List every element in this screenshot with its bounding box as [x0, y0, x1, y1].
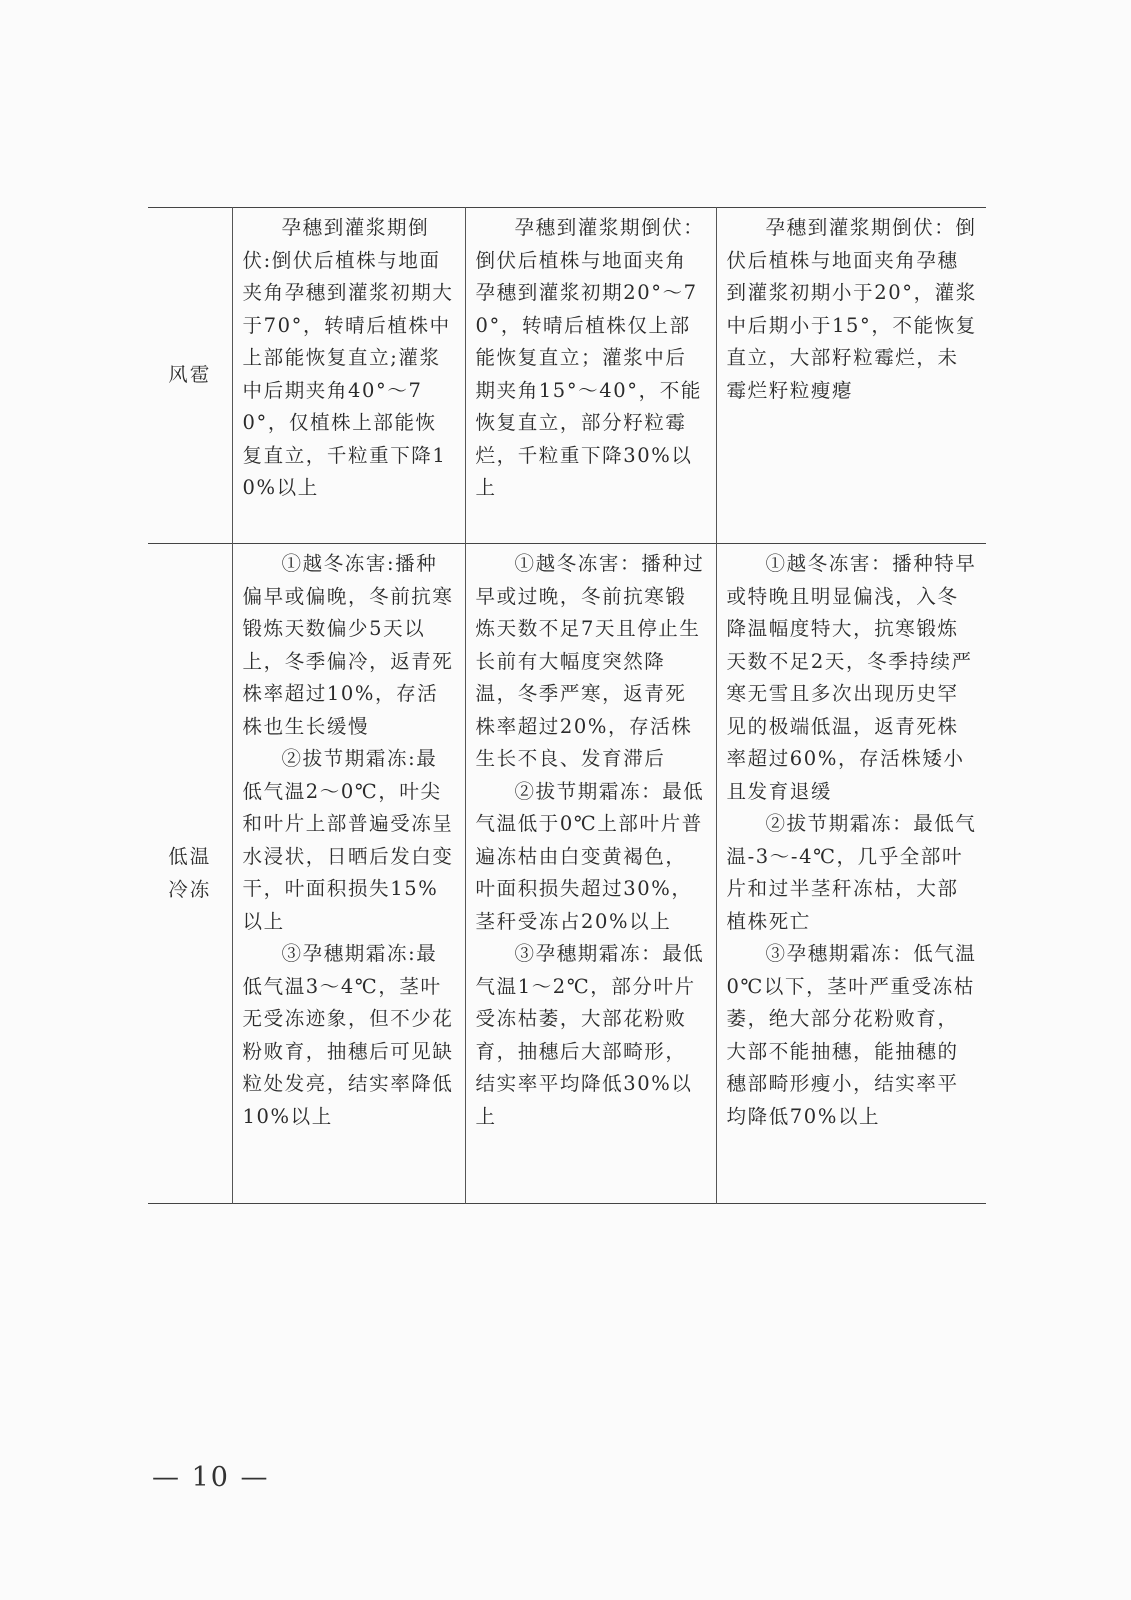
cell-paragraph: 孕穗到灌浆期倒伏：倒伏后植株与地面夹角孕穗到灌浆初期小于20°，灌浆中后期小于1…: [727, 212, 979, 407]
cell-paragraph-booting: ③孕穗期霜冻：最低气温1～2℃，部分叶片受冻枯萎，大部花粉败育，抽穗后大部畸形，…: [476, 938, 708, 1133]
row-label-low-temp-freeze: 低温 冷冻: [148, 544, 232, 1204]
page-number: — 10 —: [152, 1462, 270, 1493]
cell-paragraph-overwinter: ①越冬冻害：播种过早或过晚，冬前抗寒锻炼天数不足7天且停止生长前有大幅度突然降温…: [476, 548, 708, 776]
table-row-wind-hail: 风雹 孕穗到灌浆期倒伏:倒伏后植株与地面夹角孕穗到灌浆初期大于70°，转晴后植株…: [148, 208, 986, 544]
cell-paragraph-jointing: ②拔节期霜冻:最低气温2～0℃，叶尖和叶片上部普遍受冻呈水浸状，日晒后发白变干，…: [243, 743, 457, 938]
disaster-grading-table: 风雹 孕穗到灌浆期倒伏:倒伏后植株与地面夹角孕穗到灌浆初期大于70°，转晴后植株…: [148, 207, 986, 1204]
cell-paragraph: 孕穗到灌浆期倒伏：倒伏后植株与地面夹角孕穗到灌浆初期20°～70°，转晴后植株仅…: [476, 212, 708, 505]
cell-wind-hail-level-3: 孕穗到灌浆期倒伏：倒伏后植株与地面夹角孕穗到灌浆初期小于20°，灌浆中后期小于1…: [716, 208, 986, 544]
cell-paragraph-overwinter: ①越冬冻害：播种特早或特晚且明显偏浅，入冬降温幅度特大，抗寒锻炼天数不足2天，冬…: [727, 548, 979, 808]
row-label-line: 冷冻: [152, 874, 228, 907]
cell-paragraph-jointing: ②拔节期霜冻：最低气温低于0℃上部叶片普遍冻枯由白变黄褐色，叶面积损失超过30%…: [476, 776, 708, 939]
cell-low-temp-level-1: ①越冬冻害:播种偏早或偏晚，冬前抗寒锻炼天数偏少5天以上，冬季偏冷，返青死株率超…: [232, 544, 465, 1204]
cell-paragraph-booting: ③孕穗期霜冻：低气温0℃以下，茎叶严重受冻枯萎，绝大部分花粉败育，大部不能抽穗，…: [727, 938, 979, 1133]
cell-wind-hail-level-2: 孕穗到灌浆期倒伏：倒伏后植株与地面夹角孕穗到灌浆初期20°～70°，转晴后植株仅…: [465, 208, 716, 544]
cell-wind-hail-level-1: 孕穗到灌浆期倒伏:倒伏后植株与地面夹角孕穗到灌浆初期大于70°，转晴后植株中上部…: [232, 208, 465, 544]
cell-paragraph-jointing: ②拔节期霜冻：最低气温-3～-4℃，几乎全部叶片和过半茎秆冻枯，大部植株死亡: [727, 808, 979, 938]
cell-low-temp-level-3: ①越冬冻害：播种特早或特晚且明显偏浅，入冬降温幅度特大，抗寒锻炼天数不足2天，冬…: [716, 544, 986, 1204]
table-row-low-temp-freeze: 低温 冷冻 ①越冬冻害:播种偏早或偏晚，冬前抗寒锻炼天数偏少5天以上，冬季偏冷，…: [148, 544, 986, 1204]
row-label-wind-hail: 风雹: [148, 208, 232, 544]
cell-paragraph-overwinter: ①越冬冻害:播种偏早或偏晚，冬前抗寒锻炼天数偏少5天以上，冬季偏冷，返青死株率超…: [243, 548, 457, 743]
cell-low-temp-level-2: ①越冬冻害：播种过早或过晚，冬前抗寒锻炼天数不足7天且停止生长前有大幅度突然降温…: [465, 544, 716, 1204]
cell-paragraph: 孕穗到灌浆期倒伏:倒伏后植株与地面夹角孕穗到灌浆初期大于70°，转晴后植株中上部…: [243, 212, 457, 505]
cell-paragraph-booting: ③孕穗期霜冻:最低气温3～4℃，茎叶无受冻迹象，但不少花粉败育，抽穗后可见缺粒处…: [243, 938, 457, 1133]
row-label-line: 低温: [152, 841, 228, 874]
